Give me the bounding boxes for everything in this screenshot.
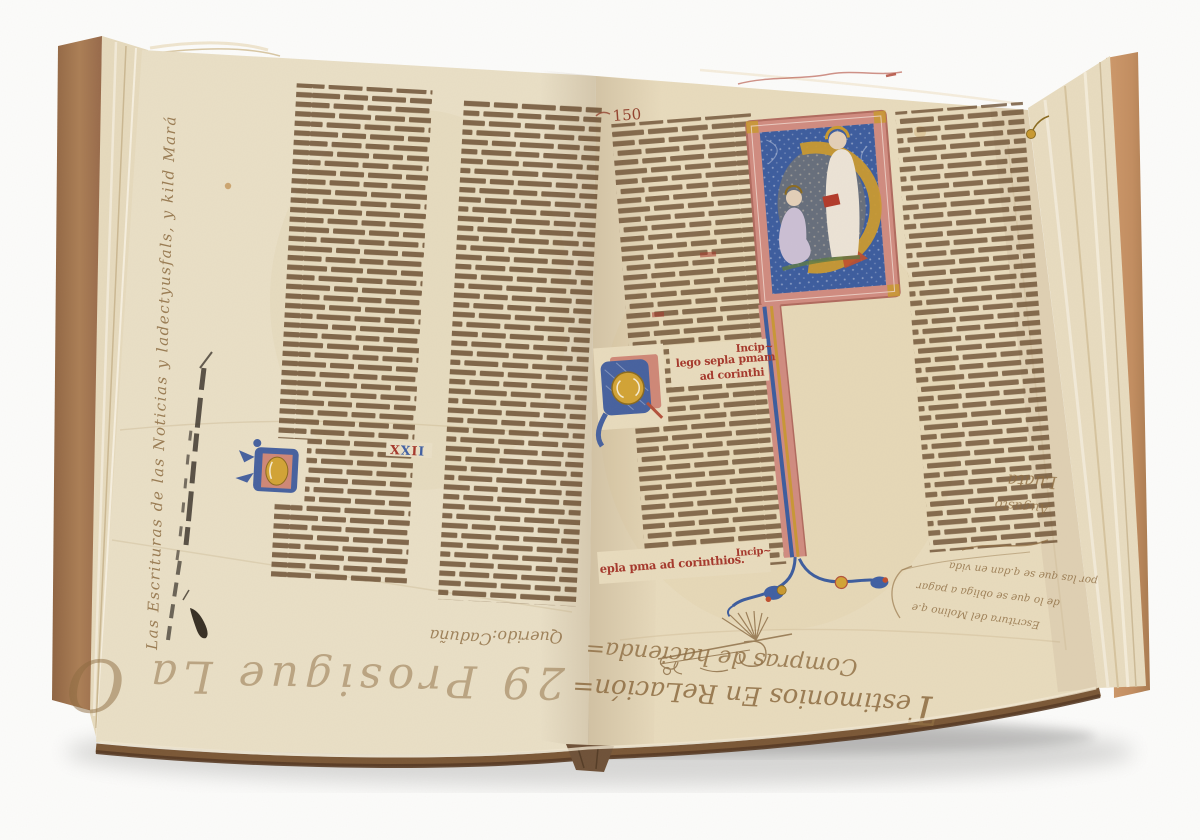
manuscript-photo: XXII 150 xyxy=(0,0,1200,840)
book-scene: XXII 150 xyxy=(0,0,1200,840)
grain-overlay xyxy=(40,20,1170,790)
